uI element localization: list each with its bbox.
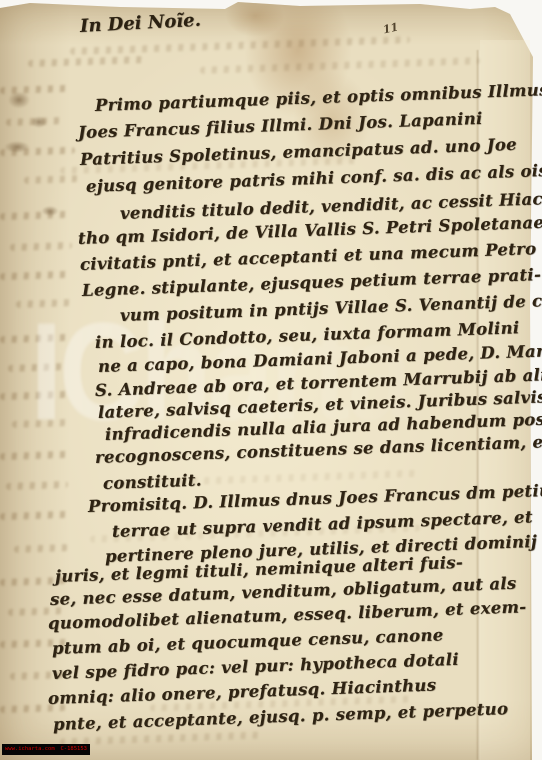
icharta-item-code: C-185153 (61, 747, 88, 753)
manuscript-scan: ICharta In Dei Noĩe. 11 Primo partiumque… (0, 0, 542, 760)
ink-blot (30, 115, 48, 129)
ink-blot (6, 90, 32, 110)
manuscript-line: constituit. (103, 470, 202, 495)
icharta-id-bar: www.icharta.com C-185153 (2, 744, 90, 755)
ink-blot (40, 205, 60, 217)
ink-blot (2, 140, 32, 154)
icharta-url-text: www.icharta.com (5, 747, 55, 753)
